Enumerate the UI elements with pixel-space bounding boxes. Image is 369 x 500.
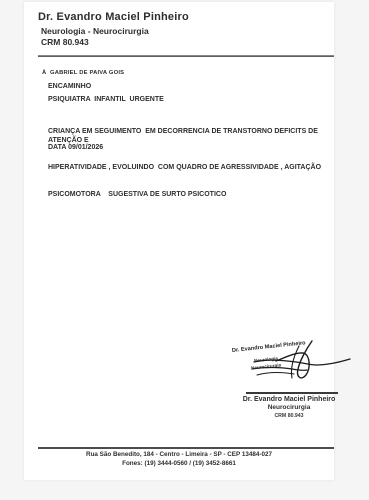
letter-body-line-3: PSICOMOTORA SUGESTIVA DE SURTO PSICOTICO: [48, 190, 340, 199]
letter-body: CRIANÇA EM SEGUIMENTO EM DECORRENCIA DE …: [48, 109, 340, 217]
document-page: Dr. Evandro Maciel Pinheiro Neurologia -…: [24, 2, 334, 480]
letterhead-divider: [38, 55, 334, 57]
signature-doctor-name: Dr. Evandro Maciel Pinheiro: [227, 395, 351, 404]
screenshot-root: { "doctor": { "name": "Dr. Evandro Macie…: [0, 0, 369, 500]
footer-address: Rua São Benedito, 184 - Centro - Limeira…: [24, 451, 334, 460]
action-line: ENCAMINHO: [48, 83, 91, 90]
referral-line: PSIQUIATRA INFANTIL URGENTE: [48, 96, 164, 103]
letterhead-crm: CRM 80.943: [41, 37, 89, 47]
footer-divider: [38, 447, 334, 449]
recipient-line: À GABRIEL DE PAIVA GOIS: [42, 70, 124, 76]
date-line: DATA 09/01/2026: [48, 144, 103, 151]
letterhead-doctor-name: Dr. Evandro Maciel Pinheiro: [38, 11, 189, 23]
letterhead-specialty: Neurologia - Neurocirurgia: [41, 26, 149, 36]
footer-phones: Fones: (19) 3444-0560 / (19) 3452-8661: [24, 460, 334, 469]
letter-body-line-1: CRIANÇA EM SEGUIMENTO EM DECORRENCIA DE …: [48, 127, 340, 145]
signature-block: Dr. Evandro Maciel Pinheiro Neurocirurgi…: [227, 395, 351, 420]
signature-divider: [246, 392, 338, 394]
signature-specialty: Neurocirurgia: [227, 404, 351, 413]
signature-crm: CRM 80.943: [227, 413, 351, 420]
signature-scribble-icon: [224, 338, 354, 386]
letter-body-line-2: HIPERATIVIDADE , EVOLUINDO COM QUADRO DE…: [48, 163, 340, 172]
signature-stamp: Dr. Evandro Maciel Pinheiro Neurologia N…: [224, 338, 354, 386]
footer: Rua São Benedito, 184 - Centro - Limeira…: [24, 451, 334, 468]
